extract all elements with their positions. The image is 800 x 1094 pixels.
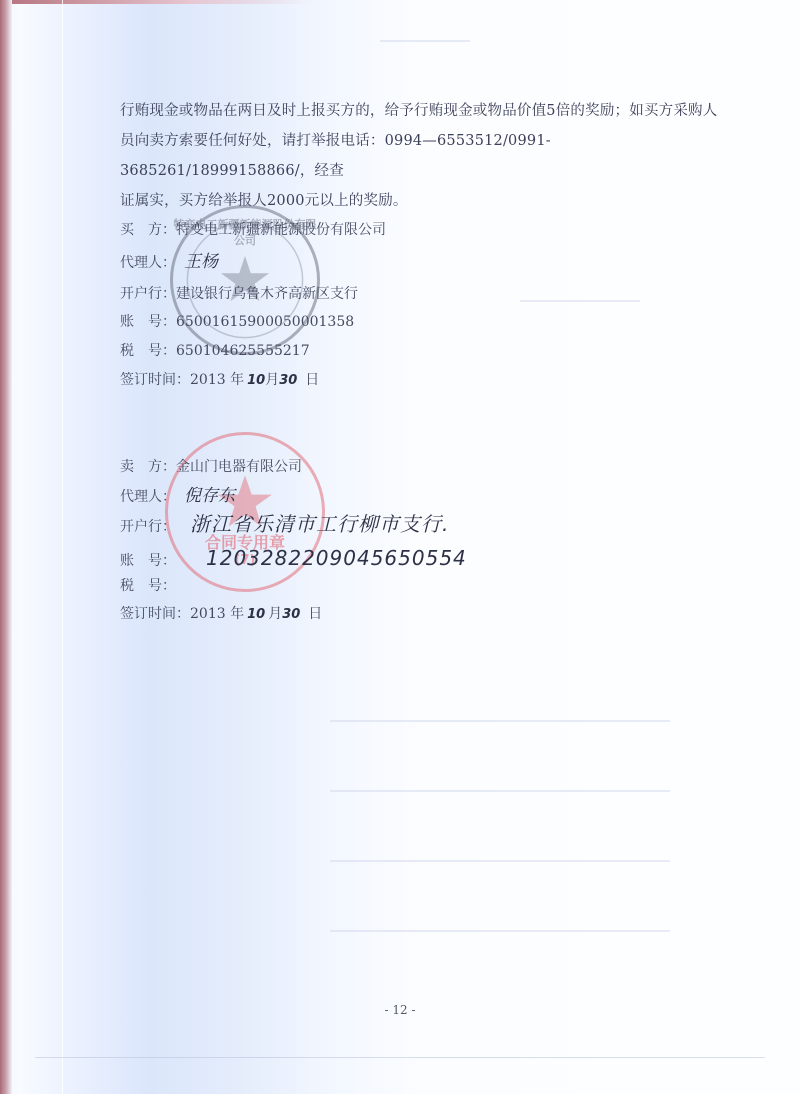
seller-account-row: 账 号：1203282209045650554 — [120, 546, 467, 570]
paragraph-line: 行贿现金或物品在两日及时上报买方的，给予行贿现金或物品价值5倍的奖励；如买方采购… — [120, 96, 730, 126]
seller-date-month: 10 — [247, 603, 265, 627]
buyer-date-month: 10 — [247, 369, 265, 393]
seller-account-number: 1203282209045650554 — [206, 546, 467, 570]
seller-date-day: 30 — [282, 603, 300, 627]
buyer-account-label: 账 号： — [120, 310, 176, 334]
buyer-date-month-unit: 月 — [265, 368, 279, 392]
seller-label: 卖 方： — [120, 455, 176, 479]
seller-bank-label: 开户行： — [120, 515, 176, 539]
buyer-tax-label: 税 号： — [120, 339, 176, 363]
seller-date-day-unit: 日 — [308, 602, 322, 626]
bleed-through-mark — [330, 930, 670, 932]
seller-agent-label: 代理人： — [120, 485, 176, 509]
seller-date-row: 签订时间：2013 年10月30日 — [120, 602, 322, 626]
bleed-through-mark — [330, 860, 670, 862]
bleed-through-mark — [380, 40, 470, 42]
page-number: - 12 - — [0, 1003, 800, 1017]
seller-account-label: 账 号： — [120, 549, 176, 573]
buyer-name: 特变电工新疆新能源股份有限公司 — [176, 218, 386, 242]
buyer-date-year: 2013 年 — [190, 368, 244, 392]
scan-top-band — [12, 0, 312, 4]
buyer-bank-label: 开户行： — [120, 282, 176, 306]
buyer-agent-signature: 王杨 — [184, 250, 218, 274]
seller-name: 金山门电器有限公司 — [176, 455, 302, 479]
seller-agent-signature: 倪存东 — [184, 484, 235, 508]
clause-paragraph: 行贿现金或物品在两日及时上报买方的，给予行贿现金或物品价值5倍的奖励；如买方采购… — [120, 96, 730, 216]
paragraph-line: 员向卖方索要任何好处，请打举报电话：0994—6553512/0991-3685… — [120, 126, 730, 186]
buyer-date-day: 30 — [279, 369, 297, 393]
seller-bank-name: 浙江省乐清市工行柳市支行. — [190, 512, 449, 536]
seller-bank-row: 开户行：浙江省乐清市工行柳市支行. — [120, 512, 449, 536]
buyer-agent-row: 代理人：王杨 — [120, 250, 218, 274]
buyer-label: 买 方： — [120, 218, 176, 242]
seller-agent-row: 代理人：倪存东 — [120, 484, 235, 508]
seller-date-label: 签订时间： — [120, 602, 190, 626]
seller-party-row: 卖 方：金山门电器有限公司 — [120, 455, 302, 479]
bleed-through-mark — [330, 790, 670, 792]
seller-date-year: 2013 年 — [190, 602, 244, 626]
buyer-date-row: 签订时间：2013 年10月30日 — [120, 368, 319, 392]
scan-bottom-rule — [35, 1057, 765, 1058]
seller-tax-label: 税 号： — [120, 574, 176, 598]
buyer-date-day-unit: 日 — [305, 368, 319, 392]
buyer-party-row: 买 方：特变电工新疆新能源股份有限公司 — [120, 218, 386, 242]
seller-date-month-unit: 月 — [268, 602, 282, 626]
page-fold-line — [62, 0, 63, 1094]
buyer-tax-row: 税 号：650104625555217 — [120, 339, 310, 363]
buyer-agent-label: 代理人： — [120, 251, 176, 275]
buyer-account-number: 65001615900050001358 — [176, 310, 354, 334]
buyer-bank-row: 开户行：建设银行乌鲁木齐高新区支行 — [120, 282, 358, 306]
bleed-through-mark — [520, 300, 640, 302]
buyer-tax-number: 650104625555217 — [176, 339, 310, 363]
seller-tax-row: 税 号： — [120, 574, 176, 598]
bleed-through-mark — [330, 720, 670, 722]
buyer-account-row: 账 号：65001615900050001358 — [120, 310, 354, 334]
buyer-bank-name: 建设银行乌鲁木齐高新区支行 — [176, 282, 358, 306]
scan-left-edge — [0, 0, 12, 1094]
buyer-date-label: 签订时间： — [120, 368, 190, 392]
